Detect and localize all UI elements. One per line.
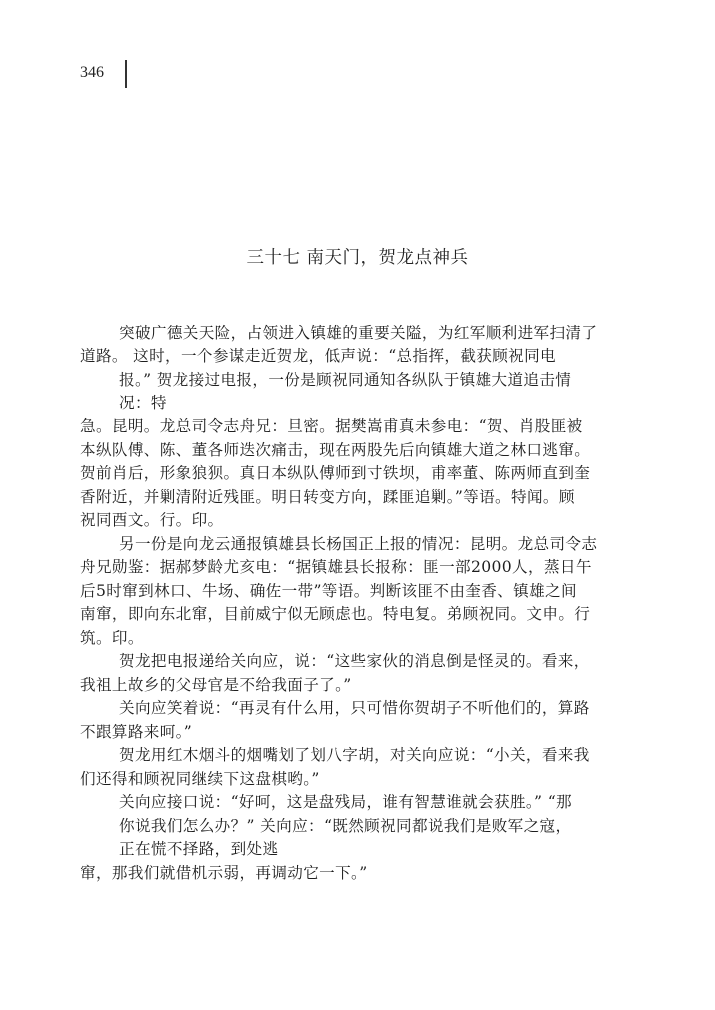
text-line: 急。昆明。龙总司令志舟兄：旦密。据樊嵩甫真未参电：“贺、肖股匪被 xyxy=(80,416,583,436)
text-line: 贺龙把电报递给关向应，说：“这些家伙的消息倒是怪灵的。看来， xyxy=(119,651,590,671)
text-line: 筑。印。 xyxy=(80,628,144,648)
text-line: 关向应接口说：“好呵，这是盘残局，谁有智慧谁就会获胜。” “那 xyxy=(119,792,572,812)
text-line: 贺龙用红木烟斗的烟嘴划了划八字胡，对关向应说：“小关，看来我 xyxy=(119,745,590,765)
text-line: 祝同酉文。行。印。 xyxy=(80,510,224,530)
text-line: 道路。 这时，一个参谋走近贺龙，低声说：“总指挥，截获顾祝同电 xyxy=(80,346,556,366)
text-line: 香附近，并剿清附近残匪。明日转变方向，蹂匪追剿。”等语。特闻。顾 xyxy=(80,487,575,507)
text-line: 本纵队傅、陈、董各师迭次痛击，现在两股先后向镇雄大道之林口逃窜。 xyxy=(80,440,590,460)
text-line: 不跟算路来呵。” xyxy=(80,722,192,742)
header-rule xyxy=(125,60,127,88)
text-line: 们还得和顾祝同继续下这盘棋哟。” xyxy=(80,769,320,789)
text-line: 关向应笑着说：“再灵有什么用，只可惜你贺胡子不听他们的，算路 xyxy=(119,698,590,718)
chapter-title: 三十七 南天门，贺龙点神兵 xyxy=(0,244,715,269)
text-line: 突破广德关天险，占领进入镇雄的重要关隘，为红军顺利进军扫清了 xyxy=(119,323,597,343)
text-line: 贺前肖后，形象狼狈。真日本纵队傅师到寸铁坝，甫率董、陈两师直到奎 xyxy=(80,463,590,483)
text-line: 舟兄勋鉴：据郝梦龄尤亥电：“据镇雄县长报称：匪一部2000人，蒸日午 xyxy=(80,557,592,577)
text-line: 我祖上故乡的父母官是不给我面子了。” xyxy=(80,675,352,695)
text-line: 另一份是向龙云通报镇雄县长杨国正上报的情况：昆明。龙总司令志 xyxy=(119,534,597,554)
page-number: 346 xyxy=(80,64,104,82)
text-line: 况：特 xyxy=(119,393,167,413)
text-line: 报。” 贺龙接过电报，一份是顾祝同通知各纵队于镇雄大道追击情 xyxy=(119,370,571,390)
text-line: 正在慌不择路，到处逃 xyxy=(119,839,278,859)
text-line: 你说我们怎么办？” 关向应：“既然顾祝同都说我们是败军之寇， xyxy=(119,816,571,836)
text-line: 后5时窜到林口、牛场、确佐一带”等语。判断该匪不由奎香、镇雄之间 xyxy=(80,581,577,601)
text-line: 南窜，即向东北窜，目前威宁似无顾虑也。特电复。弟顾祝同。文申。行 xyxy=(80,604,590,624)
text-line: 窜，那我们就借机示弱，再调动它一下。” xyxy=(80,863,368,883)
